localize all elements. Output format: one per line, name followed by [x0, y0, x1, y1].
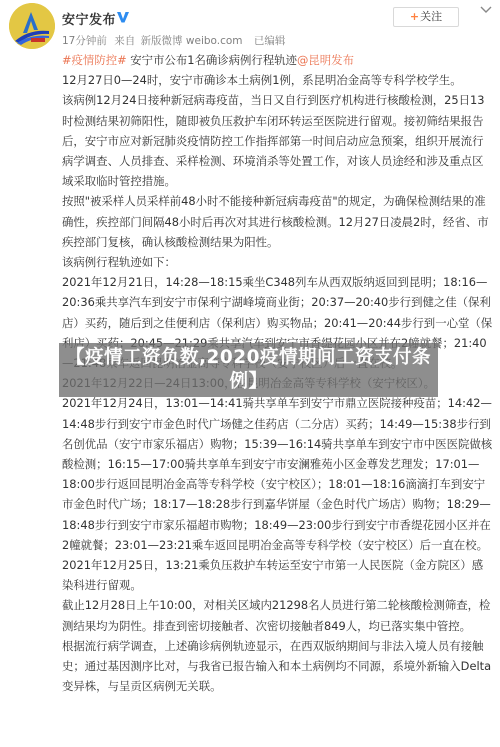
post-header: 安宁发布 17分钟前 来自 新版微博 weibo.com 已编辑 +关注	[0, 0, 500, 50]
title-overlay-banner: 【疫情工资负数,2020疫情期间工资支付条例】	[59, 343, 438, 397]
chevron-down-icon[interactable]	[480, 5, 492, 15]
post-headline: #疫情防控# 安宁市公布1名确诊病例行程轨迹@昆明发布	[62, 50, 494, 70]
post-source[interactable]: 新版微博 weibo.com	[141, 35, 243, 47]
paragraph: 2021年12月25日，13:21乘负压救护车转运至安宁市第一人民医院（金方院区…	[62, 555, 494, 595]
paragraph: 截止12月28日上午10:00，对相关区域内21298名人员进行第二轮核酸检测筛…	[62, 595, 494, 635]
edited-label: 已编辑	[254, 35, 286, 47]
author-name[interactable]: 安宁发布	[62, 9, 116, 28]
mention-link[interactable]: @昆明发布	[297, 53, 354, 67]
headline-text: 安宁市公布1名确诊病例行程轨迹	[127, 53, 297, 67]
paragraph: 2021年12月24日，13:01—14:41骑共享单车到安宁市鼎立医院接种疫苗…	[62, 393, 494, 555]
avatar[interactable]	[9, 3, 55, 49]
post-time[interactable]: 17分钟前	[62, 35, 107, 47]
follow-label: 关注	[420, 10, 442, 23]
paragraph: 根据流行病学调查，上述确诊病例轨迹显示，在西双版纳期间与非法入境人员有接触史；通…	[62, 636, 494, 697]
verified-v-icon	[116, 10, 130, 24]
paragraph: 该病例行程轨迹如下：	[62, 252, 494, 272]
source-prefix: 来自	[114, 35, 135, 47]
post-meta: 17分钟前 来自 新版微博 weibo.com 已编辑	[62, 33, 289, 48]
overlay-title: 【疫情工资负数,2020疫情期间工资支付条例】	[59, 346, 438, 394]
anning-logo-icon	[9, 3, 55, 49]
paragraph: 按照"被采样人员采样前48小时不能接种新冠病毒疫苗"的规定，为确保检测结果的准确…	[62, 191, 494, 252]
hashtag-link[interactable]: #疫情防控#	[62, 53, 127, 67]
paragraph: 12月27日0—24时，安宁市确诊本土病例1例，系昆明冶金高等专科学校学生。	[62, 70, 494, 90]
plus-icon: +	[410, 10, 419, 23]
paragraph: 该病例12月24日接种新冠病毒疫苗，当日又自行到医疗机构进行核酸检测，25日13…	[62, 90, 494, 191]
follow-button[interactable]: +关注	[393, 7, 459, 27]
